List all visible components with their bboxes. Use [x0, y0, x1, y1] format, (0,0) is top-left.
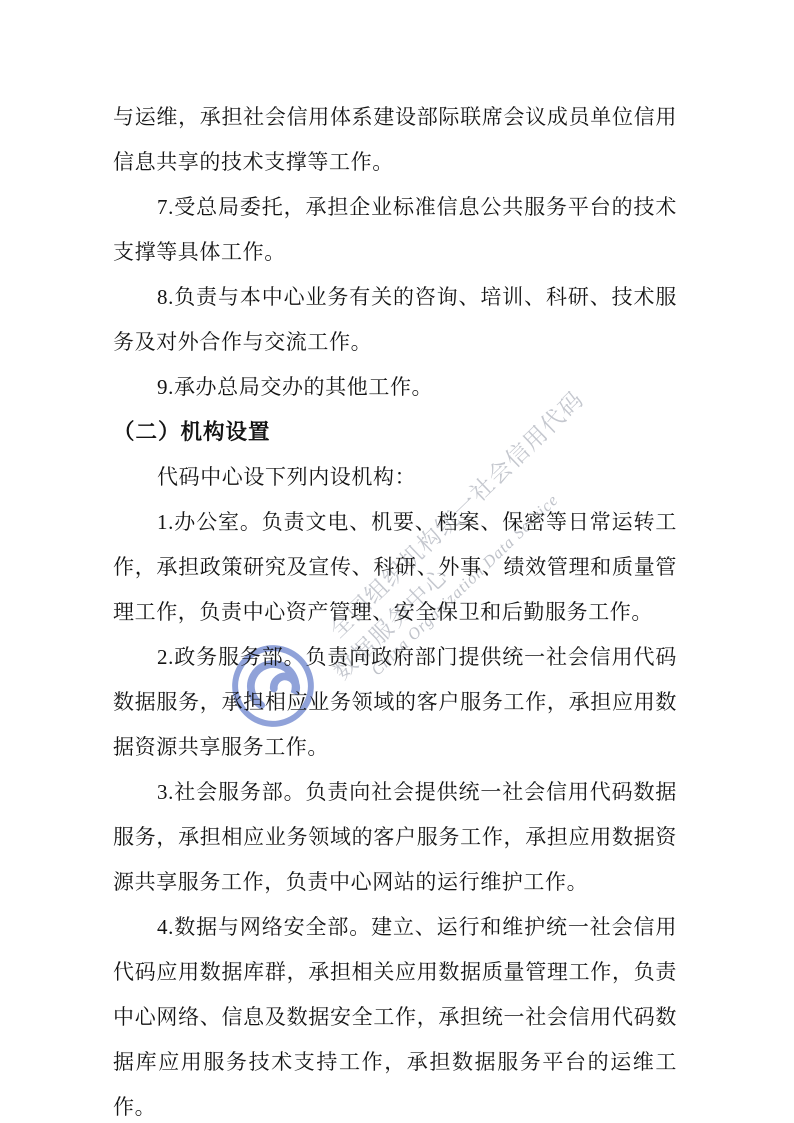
paragraph: 3.社会服务部。负责向社会提供统一社会信用代码数据服务，承担相应业务领域的客户服… [113, 770, 677, 905]
paragraph: 8.负责与本中心业务有关的咨询、培训、科研、技术服务及对外合作与交流工作。 [113, 275, 677, 365]
paragraph: 7.受总局委托，承担企业标准信息公共服务平台的技术支撑等具体工作。 [113, 185, 677, 275]
paragraph: 4.数据与网络安全部。建立、运行和维护统一社会信用代码应用数据库群，承担相关应用… [113, 905, 677, 1123]
paragraph: 9.承办总局交办的其他工作。 [113, 365, 677, 410]
document-content: 与运维，承担社会信用体系建设部际联席会议成员单位信用信息共享的技术支撑等工作。7… [113, 95, 677, 1123]
paragraph: 2.政务服务部。负责向政府部门提供统一社会信用代码数据服务，承担相应业务领域的客… [113, 635, 677, 770]
paragraph: 与运维，承担社会信用体系建设部际联席会议成员单位信用信息共享的技术支撑等工作。 [113, 95, 677, 185]
paragraph: 1.办公室。负责文电、机要、档案、保密等日常运转工作，承担政策研究及宣传、科研、… [113, 500, 677, 635]
paragraph: 代码中心设下列内设机构： [113, 455, 677, 500]
section-heading: （二）机构设置 [113, 410, 677, 455]
document-page: 全国组织机构统一社会信用代码 数据服务中心 China Organization… [0, 0, 794, 1123]
